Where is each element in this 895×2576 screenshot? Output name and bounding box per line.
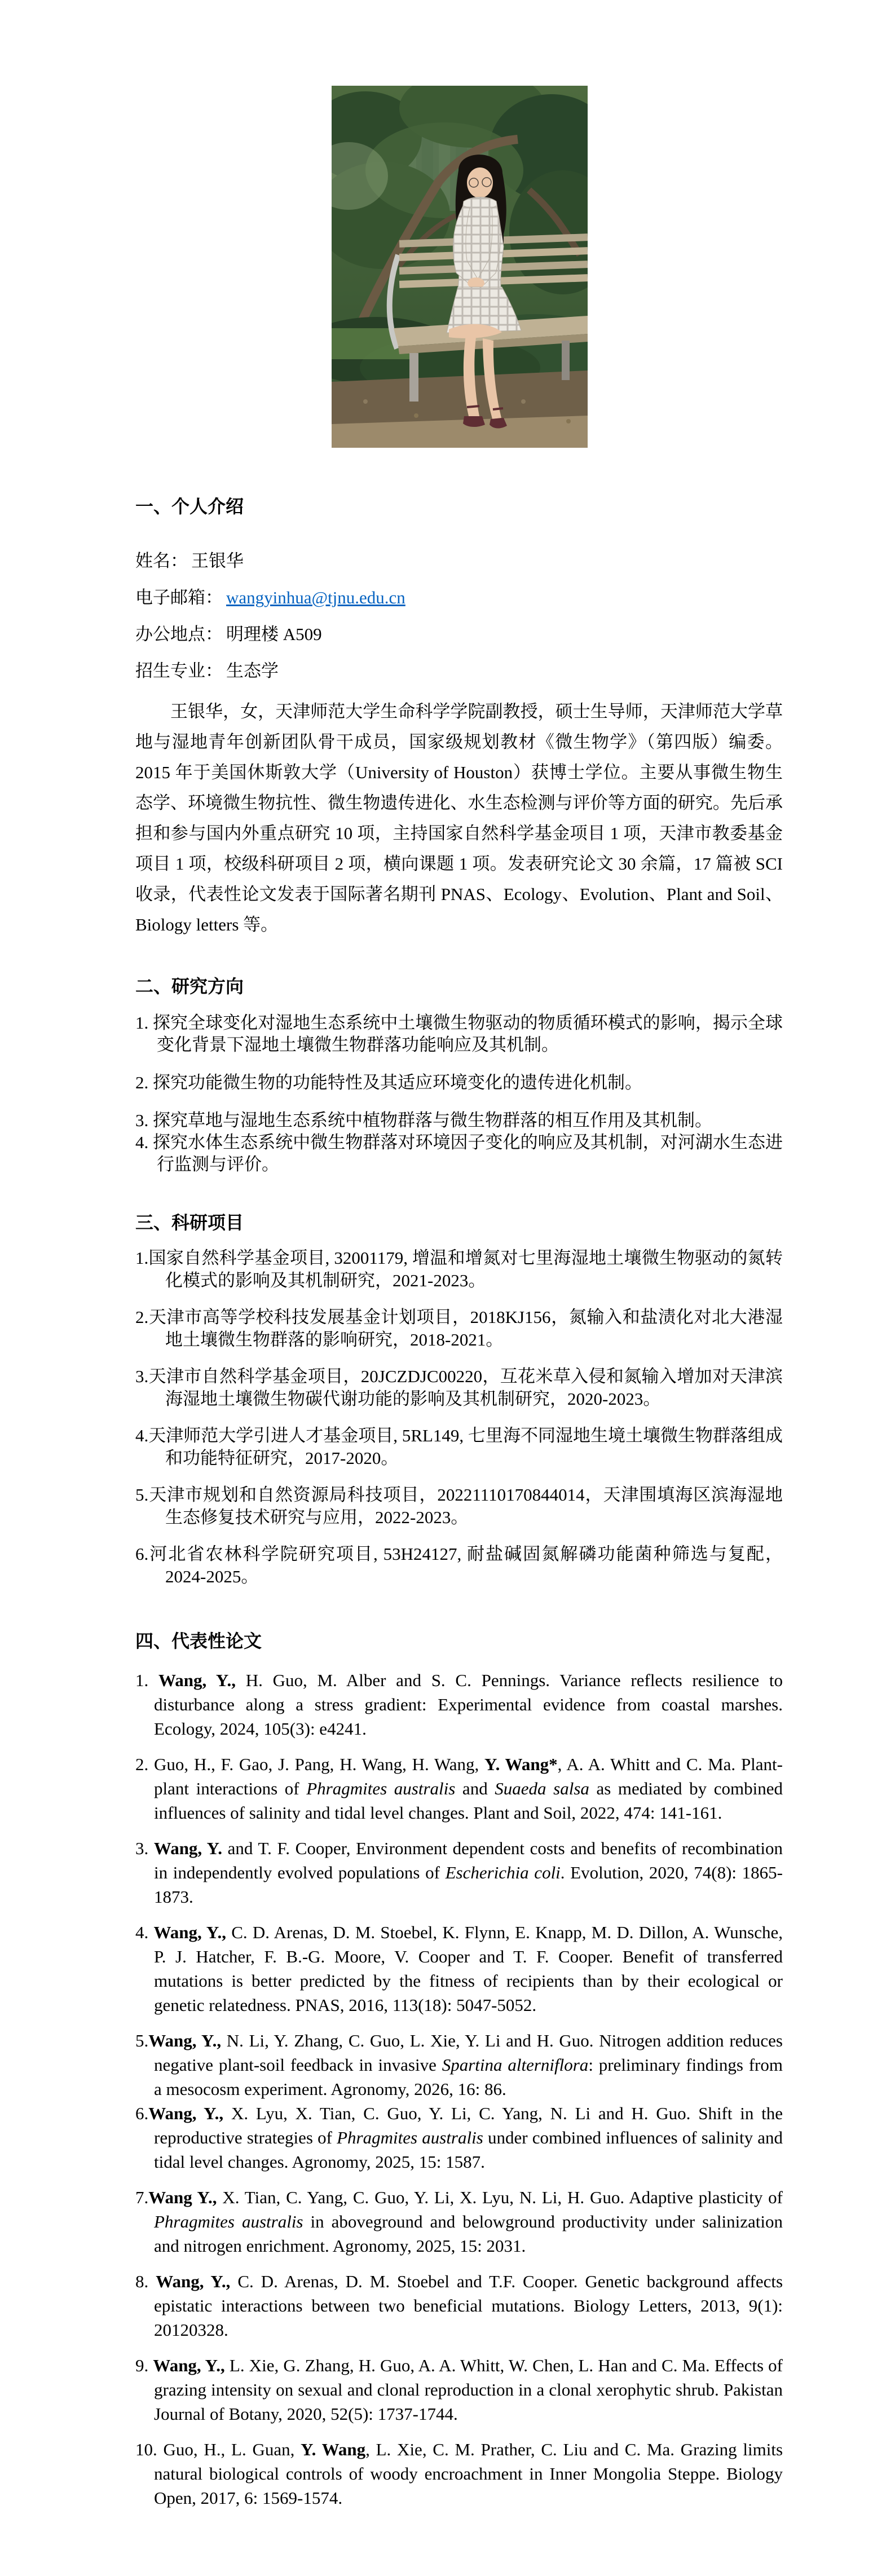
- item-text: 天津市高等学校科技发展基金计划项目，2018KJ156，氮输入和盐渍化对北大港湿…: [148, 1307, 783, 1349]
- papers-list: 1. Wang, Y., H. Guo, M. Alber and S. C. …: [135, 1668, 783, 2510]
- item-number: 3.: [135, 1110, 153, 1130]
- paper-citation: Wang, Y. and T. F. Cooper, Environment d…: [154, 1838, 783, 1907]
- item-text: 河北省农林科学院研究项目, 53H24127, 耐盐碱固氮解磷功能菌种筛选与复配…: [148, 1544, 783, 1586]
- major-value: 生态学: [226, 661, 279, 681]
- email-link[interactable]: wangyinhua@tjnu.edu.cn: [226, 588, 405, 607]
- research-direction-item: 2. 探究功能微生物的功能特性及其适应环境变化的遗传进化机制。: [135, 1071, 783, 1093]
- item-number: 4.: [135, 1922, 154, 1942]
- paper-citation: Wang, Y., L. Xie, G. Zhang, H. Guo, A. A…: [153, 2356, 783, 2424]
- research-direction-item: 3. 探究草地与湿地生态系统中植物群落与微生物群落的相互作用及其机制。: [135, 1109, 783, 1131]
- item-number: 8.: [135, 2271, 156, 2291]
- faculty-profile-page: 一、个人介绍 姓名：王银华 电子邮箱：wangyinhua@tjnu.edu.c…: [0, 0, 895, 2576]
- item-text: 探究全球变化对湿地生态系统中土壤微生物驱动的物质循环模式的影响，揭示全球变化背景…: [153, 1013, 783, 1055]
- paper-item: 2. Guo, H., F. Gao, J. Pang, H. Wang, H.…: [135, 1752, 783, 1825]
- paper-item: 5.Wang, Y., N. Li, Y. Zhang, C. Guo, L. …: [135, 2028, 783, 2101]
- project-item: 5.天津市规划和自然资源局科技项目，20221110170844014，天津围填…: [135, 1484, 783, 1529]
- item-number: 10.: [135, 2440, 164, 2459]
- item-text: 天津市规划和自然资源局科技项目，20221110170844014，天津围填海区…: [148, 1485, 783, 1527]
- project-item: 3.天津市自然科学基金项目，20JCZDJC00220，互花米草入侵和氮输入增加…: [135, 1365, 783, 1410]
- projects-list: 1.国家自然科学基金项目, 32001179, 增温和增氮对七里海湿地土壤微生物…: [135, 1247, 783, 1588]
- major-label: 招生专业：: [135, 661, 223, 681]
- item-number: 4.: [135, 1132, 153, 1152]
- item-number: 5.: [135, 2031, 148, 2050]
- item-text: 天津市自然科学基金项目，20JCZDJC00220，互花米草入侵和氮输入增加对天…: [148, 1366, 783, 1409]
- paper-citation: Wang, Y., H. Guo, M. Alber and S. C. Pen…: [154, 1670, 783, 1739]
- section-heading-research-directions: 二、研究方向: [135, 974, 783, 999]
- bio-paragraph: 王银华，女，天津师范大学生命科学学院副教授，硕士生导师，天津师范大学草地与湿地青…: [135, 696, 783, 940]
- paper-citation: Wang, Y., C. D. Arenas, D. M. Stoebel an…: [154, 2271, 783, 2340]
- research-direction-item: 1. 探究全球变化对湿地生态系统中土壤微生物驱动的物质循环模式的影响，揭示全球变…: [135, 1012, 783, 1056]
- office-row: 办公地点：明理楼 A509: [135, 623, 783, 646]
- section-heading-projects: 三、科研项目: [135, 1210, 783, 1235]
- paper-citation: Guo, H., L. Guan, Y. Wang, L. Xie, C. M.…: [154, 2440, 783, 2508]
- section-heading-intro: 一、个人介绍: [135, 494, 783, 519]
- email-row: 电子邮箱：wangyinhua@tjnu.edu.cn: [135, 586, 783, 609]
- item-number: 6.: [135, 1544, 148, 1564]
- item-number: 1.: [135, 1013, 153, 1033]
- paper-item: 6.Wang, Y., X. Lyu, X. Tian, C. Guo, Y. …: [135, 2101, 783, 2174]
- email-label: 电子邮箱：: [135, 588, 223, 607]
- item-number: 3.: [135, 1838, 154, 1858]
- paper-item: 10. Guo, H., L. Guan, Y. Wang, L. Xie, C…: [135, 2437, 783, 2510]
- project-item: 6.河北省农林科学院研究项目, 53H24127, 耐盐碱固氮解磷功能菌种筛选与…: [135, 1543, 783, 1588]
- item-number: 7.: [135, 2187, 148, 2207]
- research-directions-list: 1. 探究全球变化对湿地生态系统中土壤微生物驱动的物质循环模式的影响，揭示全球变…: [135, 1012, 783, 1175]
- office-value: 明理楼 A509: [226, 624, 322, 644]
- item-text: 探究功能微生物的功能特性及其适应环境变化的遗传进化机制。: [153, 1073, 642, 1092]
- paper-citation: Wang, Y., C. D. Arenas, D. M. Stoebel, K…: [154, 1922, 783, 2015]
- item-number: 2.: [135, 1073, 153, 1092]
- paper-item: 3. Wang, Y. and T. F. Cooper, Environmen…: [135, 1836, 783, 1909]
- item-text: 天津师范大学引进人才基金项目, 5RL149, 七里海不同湿地生境土壤微生物群落…: [148, 1426, 783, 1468]
- paper-citation: Wang, Y., X. Lyu, X. Tian, C. Guo, Y. Li…: [148, 2103, 783, 2172]
- item-number: 3.: [135, 1366, 148, 1386]
- office-label: 办公地点：: [135, 624, 223, 644]
- item-number: 6.: [135, 2103, 148, 2123]
- research-direction-item: 4. 探究水体生态系统中微生物群落对环境因子变化的响应及其机制，对河湖水生态进行…: [135, 1131, 783, 1175]
- name-row: 姓名：王银华: [135, 550, 783, 572]
- item-number: 2.: [135, 1307, 148, 1327]
- profile-photo-illustration: [332, 86, 588, 448]
- item-number: 4.: [135, 1426, 148, 1445]
- section-heading-papers: 四、代表性论文: [135, 1629, 783, 1653]
- paper-item: 7.Wang Y., X. Tian, C. Yang, C. Guo, Y. …: [135, 2185, 783, 2258]
- name-value: 王银华: [191, 551, 244, 571]
- personal-info: 姓名：王银华 电子邮箱：wangyinhua@tjnu.edu.cn 办公地点：…: [135, 550, 783, 682]
- paper-citation: Wang Y., X. Tian, C. Yang, C. Guo, Y. Li…: [148, 2187, 783, 2256]
- item-text: 探究水体生态系统中微生物群落对环境因子变化的响应及其机制，对河湖水生态进行监测与…: [153, 1132, 783, 1174]
- item-number: 5.: [135, 1485, 148, 1505]
- item-number: 9.: [135, 2356, 153, 2375]
- paper-citation: Guo, H., F. Gao, J. Pang, H. Wang, H. Wa…: [154, 1754, 783, 1823]
- item-number: 2.: [135, 1754, 154, 1774]
- major-row: 招生专业：生态学: [135, 660, 783, 682]
- project-item: 1.国家自然科学基金项目, 32001179, 增温和增氮对七里海湿地土壤微生物…: [135, 1247, 783, 1292]
- name-label: 姓名：: [135, 551, 188, 571]
- paper-item: 4. Wang, Y., C. D. Arenas, D. M. Stoebel…: [135, 1920, 783, 2017]
- paper-item: 9. Wang, Y., L. Xie, G. Zhang, H. Guo, A…: [135, 2353, 783, 2426]
- paper-item: 1. Wang, Y., H. Guo, M. Alber and S. C. …: [135, 1668, 783, 1741]
- paper-citation: Wang, Y., N. Li, Y. Zhang, C. Guo, L. Xi…: [148, 2031, 783, 2099]
- item-number: 1.: [135, 1248, 148, 1268]
- paper-item: 8. Wang, Y., C. D. Arenas, D. M. Stoebel…: [135, 2269, 783, 2342]
- item-text: 探究草地与湿地生态系统中植物群落与微生物群落的相互作用及其机制。: [153, 1110, 712, 1130]
- project-item: 4.天津师范大学引进人才基金项目, 5RL149, 七里海不同湿地生境土壤微生物…: [135, 1424, 783, 1470]
- project-item: 2.天津市高等学校科技发展基金计划项目，2018KJ156，氮输入和盐渍化对北大…: [135, 1306, 783, 1351]
- profile-photo: [332, 86, 588, 448]
- item-text: 国家自然科学基金项目, 32001179, 增温和增氮对七里海湿地土壤微生物驱动…: [148, 1248, 783, 1290]
- item-number: 1.: [135, 1670, 158, 1690]
